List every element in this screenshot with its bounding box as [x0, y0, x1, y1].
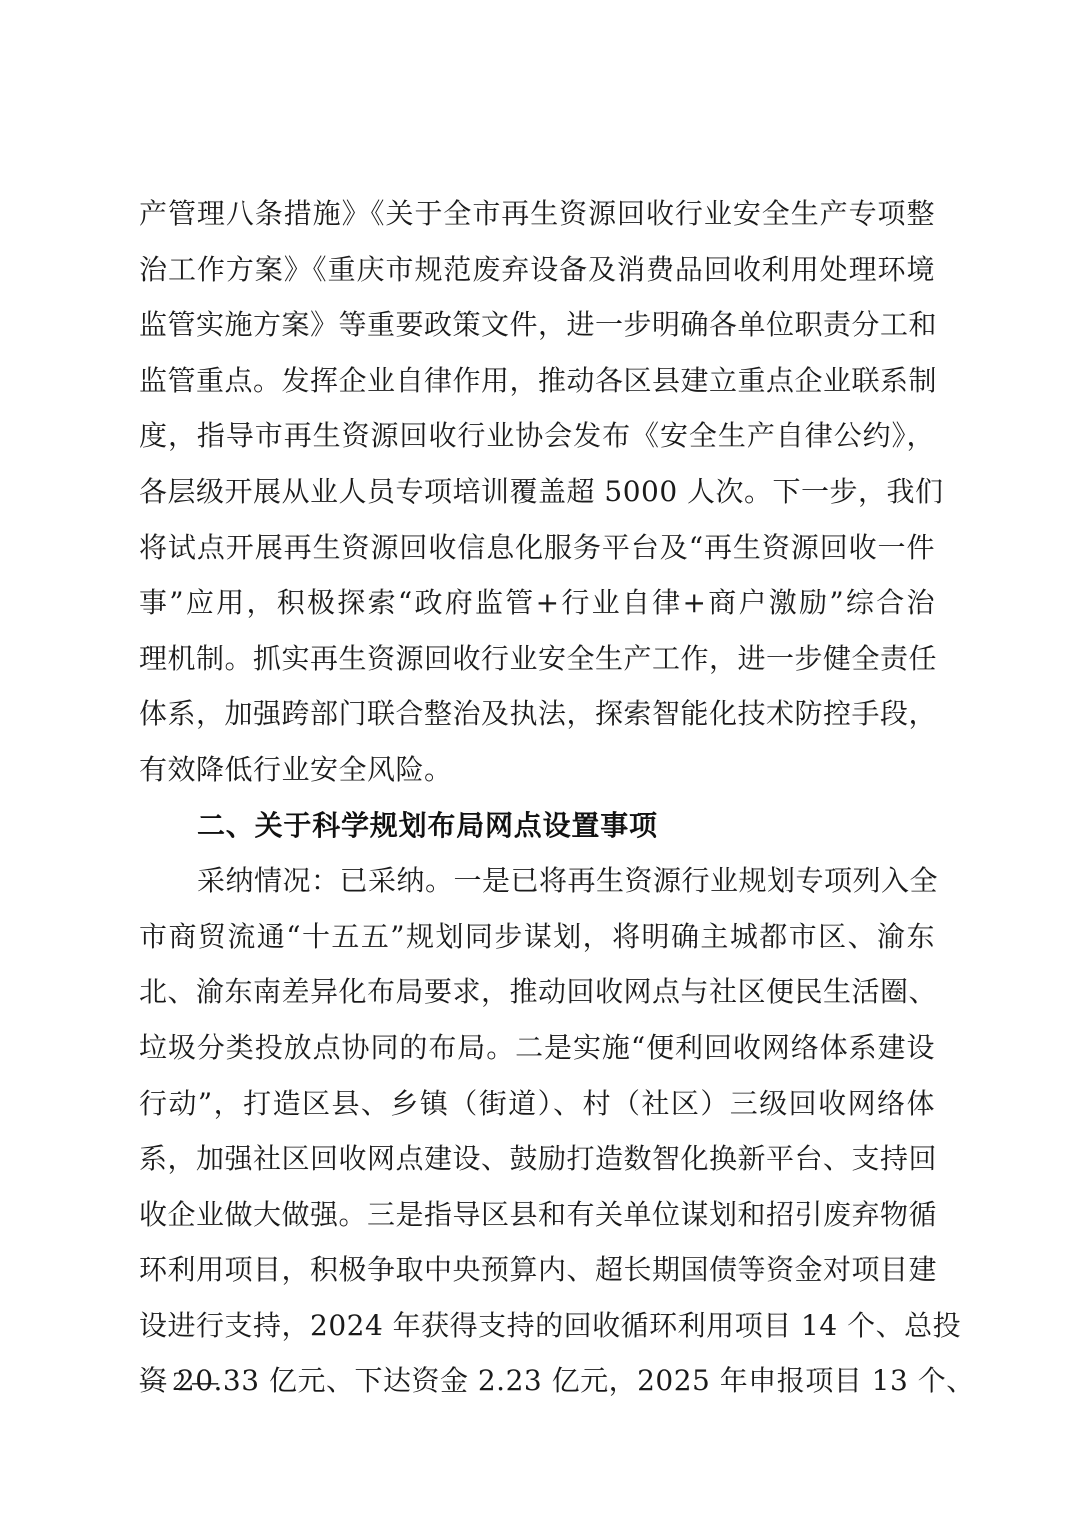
- section-paragraph-line: 采纳情况：已采纳。一是已将再生资源行业规划专项列入全: [139, 853, 935, 909]
- document-page: 产管理八条措施》《关于全市再生资源回收行业安全生产专项整 治工作方案》《重庆市规…: [0, 0, 1074, 1520]
- section-paragraph-line: 行动”，打造区县、乡镇（街道）、村（社区）三级回收网络体: [139, 1076, 935, 1132]
- paragraph-line: 将试点开展再生资源回收信息化服务平台及“再生资源回收一件: [139, 520, 935, 576]
- section-paragraph-line: 垃圾分类投放点协同的布局。二是实施“便利回收网络体系建设: [139, 1020, 935, 1076]
- paragraph-line: 监管重点。发挥企业自律作用，推动各区县建立重点企业联系制: [139, 353, 935, 409]
- paragraph-line: 治工作方案》《重庆市规范废弃设备及消费品回收利用处理环境: [139, 242, 935, 298]
- section-paragraph-line: 系，加强社区回收网点建设、鼓励打造数智化换新平台、支持回: [139, 1131, 935, 1187]
- section-paragraph-line: 设进行支持，2024 年获得支持的回收循环利用项目 14 个、总投: [139, 1298, 935, 1354]
- paragraph-line: 体系，加强跨部门联合整治及执法，探索智能化技术防控手段，: [139, 686, 935, 742]
- section-paragraph-line: 市商贸流通“十五五”规划同步谋划，将明确主城都市区、渝东: [139, 909, 935, 965]
- document-body: 产管理八条措施》《关于全市再生资源回收行业安全生产专项整 治工作方案》《重庆市规…: [139, 186, 935, 1409]
- paragraph-line: 事”应用，积极探索“政府监管+行业自律+商户激励”综合治: [139, 575, 935, 631]
- paragraph-line: 各层级开展从业人员专项培训覆盖超 5000 人次。下一步，我们: [139, 464, 935, 520]
- section-paragraph-line: 北、渝东南差异化布局要求，推动回收网点与社区便民生活圈、: [139, 964, 935, 1020]
- paragraph-line: 有效降低行业安全风险。: [139, 742, 935, 798]
- paragraph-line: 度，指导市再生资源回收行业协会发布《安全生产自律公约》，: [139, 408, 935, 464]
- paragraph-line: 监管实施方案》等重要政策文件，进一步明确各单位职责分工和: [139, 297, 935, 353]
- section-paragraph-line: 资 20.33 亿元、下达资金 2.23 亿元，2025 年申报项目 13 个、: [139, 1353, 935, 1409]
- section-heading: 二、关于科学规划布局网点设置事项: [139, 798, 935, 854]
- paragraph-line: 产管理八条措施》《关于全市再生资源回收行业安全生产专项整: [139, 186, 935, 242]
- section-paragraph-line: 收企业做大做强。三是指导区县和有关单位谋划和招引废弃物循: [139, 1187, 935, 1243]
- section-paragraph-line: 环利用项目，积极争取中央预算内、超长期国债等资金对项目建: [139, 1242, 935, 1298]
- page-number: — 2 —: [140, 1365, 218, 1399]
- paragraph-line: 理机制。抓实再生资源回收行业安全生产工作，进一步健全责任: [139, 631, 935, 687]
